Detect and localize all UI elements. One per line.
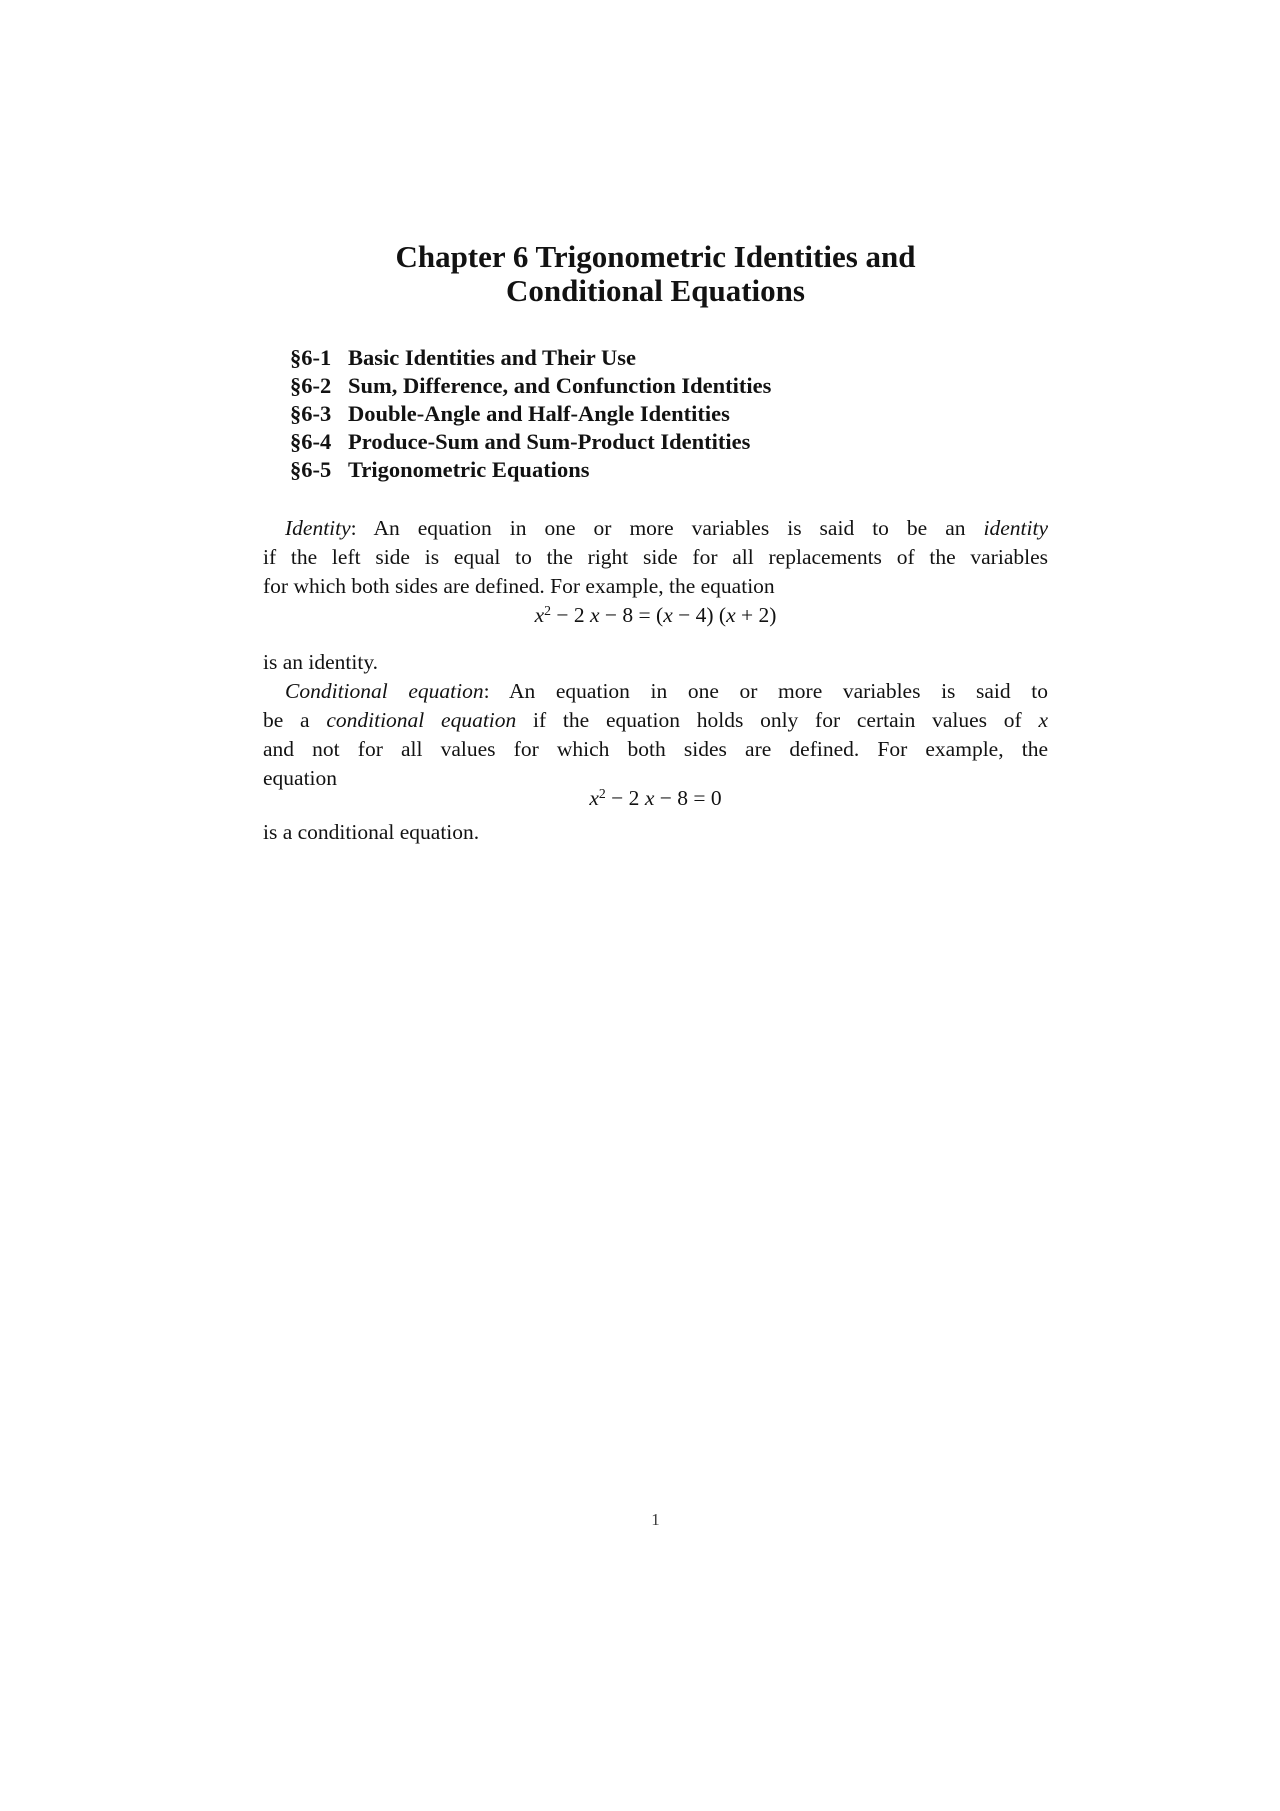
section-item: §6-2 Sum, Difference, and Confunction Id… — [263, 372, 1048, 400]
text-run: + 2) — [736, 603, 777, 627]
italic-run: x — [663, 603, 673, 627]
section-item: §6-1 Basic Identities and Their Use — [263, 344, 1048, 372]
display-equation-identity: x2 − 2 x − 8 = (x − 4) (x + 2) — [263, 601, 1048, 630]
display-equation-conditional: x2 − 2 x − 8 = 0 — [263, 784, 1048, 813]
text-run: is an identity. — [263, 650, 378, 674]
text-run: : An equation in one or more variables i… — [484, 679, 1048, 703]
section-item: §6-4 Produce-Sum and Sum-Product Identit… — [263, 428, 1048, 456]
body-line: and not for all values for which both si… — [263, 735, 1048, 764]
italic-run: x — [590, 603, 600, 627]
text-run: if the equation holds only for certain v… — [516, 708, 1038, 732]
body-line: Conditional equation: An equation in one… — [263, 677, 1048, 706]
section-number: §6-2 — [290, 372, 348, 400]
section-title: Double-Angle and Half-Angle Identities — [348, 400, 730, 428]
section-number: §6-3 — [290, 400, 348, 428]
section-number: §6-5 — [290, 456, 348, 484]
section-title: Sum, Difference, and Confunction Identit… — [348, 372, 771, 400]
italic-run: x — [535, 603, 545, 627]
italic-run: Identity — [285, 516, 351, 540]
italic-run: x — [589, 786, 599, 810]
italic-run: Conditional equation — [285, 679, 484, 703]
superscript: 2 — [599, 786, 606, 801]
body-line: for which both sides are defined. For ex… — [263, 572, 1048, 601]
text-run: : An equation in one or more variables i… — [351, 516, 984, 540]
italic-run: identity — [984, 516, 1048, 540]
chapter-title-line2: Conditional Equations — [263, 274, 1048, 308]
text-run: − 8 = 0 — [654, 786, 721, 810]
section-title: Basic Identities and Their Use — [348, 344, 636, 372]
text-run: if the left side is equal to the right s… — [263, 545, 1048, 569]
section-number: §6-4 — [290, 428, 348, 456]
chapter-title-line1: Chapter 6 Trigonometric Identities and — [263, 240, 1048, 274]
italic-run: x — [645, 786, 655, 810]
chapter-title: Chapter 6 Trigonometric Identities and C… — [263, 240, 1048, 308]
text-run: is a conditional equation. — [263, 820, 479, 844]
text-run: and not for all values for which both si… — [263, 737, 1048, 761]
text-run: for which both sides are defined. For ex… — [263, 574, 775, 598]
italic-run: conditional equation — [326, 708, 516, 732]
section-item: §6-5 Trigonometric Equations — [263, 456, 1048, 484]
section-title: Produce-Sum and Sum-Product Identities — [348, 428, 750, 456]
text-run: − 2 — [551, 603, 590, 627]
page-number: 1 — [263, 1510, 1048, 1530]
text-run: − 2 — [606, 786, 645, 810]
superscript: 2 — [544, 603, 551, 618]
section-title: Trigonometric Equations — [348, 456, 589, 484]
body-line: if the left side is equal to the right s… — [263, 543, 1048, 572]
italic-run: x — [726, 603, 736, 627]
text-run: − 8 = ( — [600, 603, 664, 627]
body-line: Identity: An equation in one or more var… — [263, 514, 1048, 543]
section-item: §6-3 Double-Angle and Half-Angle Identit… — [263, 400, 1048, 428]
section-number: §6-1 — [290, 344, 348, 372]
text-run: − 4) ( — [673, 603, 726, 627]
italic-run: x — [1038, 708, 1048, 732]
body-line: is an identity. — [263, 648, 1048, 677]
body-line: be a conditional equation if the equatio… — [263, 706, 1048, 735]
section-list: §6-1 Basic Identities and Their Use §6-2… — [263, 344, 1048, 484]
body-line: is a conditional equation. — [263, 818, 1048, 847]
text-run: be a — [263, 708, 326, 732]
